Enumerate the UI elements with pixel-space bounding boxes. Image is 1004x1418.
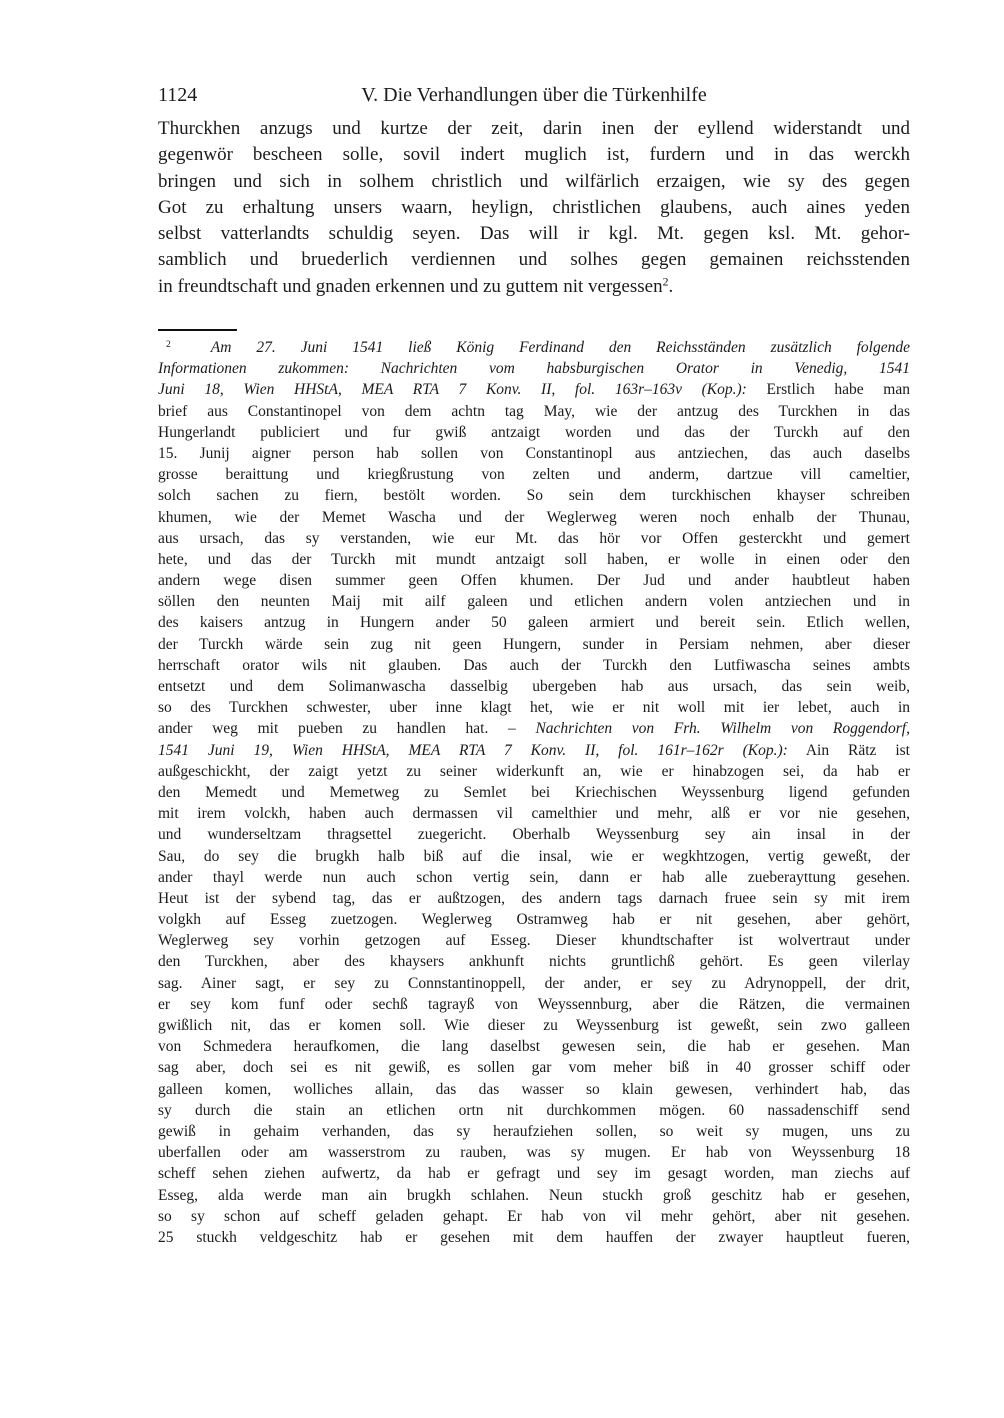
footnote-text-line: Heut ist der sybend tag, das er außtzoge… [158,888,910,909]
footnote-2: 2Am 27. Juni 1541 ließ König Ferdinand d… [158,337,910,1248]
footnote-separator [158,329,237,331]
footnote-text-line: söllen den neunten Maij mit ailf galeen … [158,591,910,612]
body-text-line: Thurckhen anzugs und kurtze der zeit, da… [158,116,910,142]
footnote-text-line: 2Am 27. Juni 1541 ließ König Ferdinand d… [158,337,910,358]
footnote-text-line: brief aus Constantinopel von dem achtn t… [158,401,910,422]
footnote-text-line: Sau, do sey die brugkh halb biß auf die … [158,846,910,867]
footnote-text-line: grosse beraittung und kriegßrustung von … [158,464,910,485]
body-text-line: selbst vatterlandts schuldig seyen. Das … [158,221,910,247]
footnote-text-line: Juni 18, Wien HHStA, MEA RTA 7 Konv. II,… [158,379,910,400]
footnote-text-line: uberfallen oder am wasserstrom zu rauben… [158,1142,910,1163]
footnote-text-line: so des Turckhen schwester, uber inne kla… [158,697,910,718]
footnote-text-line: andern wege disen summer geen Offen khum… [158,570,910,591]
footnote-text-line: ander thayl werde nun auch schon vertig … [158,867,910,888]
footnote-text-line: aus ursach, das sy verstanden, wie eur M… [158,528,910,549]
footnote-text-line: von Schmedera heraufkomen, die lang dase… [158,1036,910,1057]
footnote-text-line: den Turckhen, aber des khaysers ankhunft… [158,951,910,972]
footnote-text-line: gwißlich nit, das er komen soll. Wie die… [158,1015,910,1036]
footnote-text-line: hete, und das der Turckh mit mundt antza… [158,549,910,570]
footnote-text-line: herrschaft orator wils nit glauben. Das … [158,655,910,676]
footnote-text-line: mit irem volckh, haben auch dermassen vi… [158,803,910,824]
footnote-text-line: khumen, wie der Memet Wascha und der Weg… [158,507,910,528]
page-number: 1124 [158,82,197,108]
body-paragraph: Thurckhen anzugs und kurtze der zeit, da… [158,116,910,300]
book-page: 1124 V. Die Verhandlungen über die Türke… [0,0,1004,1418]
footnote-text-line: sag aber, doch sei es nit gewiß, es soll… [158,1057,910,1078]
footnote-text-line: und wunderseltzam thragsettel zuegericht… [158,824,910,845]
footnote-text-line: den Memedt und Memetweg zu Semlet bei Kr… [158,782,910,803]
body-text-line: Got zu erhaltung unsers waarn, heylign, … [158,195,910,221]
chapter-title: V. Die Verhandlungen über die Türkenhilf… [158,82,910,108]
body-text-line: gegenwör bescheen solle, sovil indert mu… [158,142,910,168]
footnote-text-line: so sy schon auf scheff geladen gehapt. E… [158,1206,910,1227]
footnote-text-line: galleen komen, wolliches allain, das das… [158,1079,910,1100]
footnote-text-line: ander weg mit pueben zu handlen hat. – N… [158,718,910,739]
body-text-line: samblich und bruederlich verdiennen und … [158,247,910,273]
body-text-line: bringen und sich in solhem christlich un… [158,169,910,195]
footnote-text-line: solch sachen zu fiern, bestölt worden. S… [158,485,910,506]
footnote-text-line: sy durch die stain an etlichen ortn nit … [158,1100,910,1121]
footnote-text-line: entsetzt und dem Solimanwascha dasselbig… [158,676,910,697]
footnote-text-line: 25 stuckh veldgeschitz hab er gesehen mi… [158,1227,910,1248]
footnote-text-line: Hungerlandt publiciert und fur gwiß antz… [158,422,910,443]
footnote-text-line: Informationen zukommen: Nachrichten vom … [158,358,910,379]
footnote-text-line: sag. Ainer sagt, er sey zu Connstantinop… [158,973,910,994]
footnote-text-line: gewiß in gehaim verhanden, das sy herauf… [158,1121,910,1142]
footnote-text-line: des kaisers antzug in Hungern ander 50 g… [158,612,910,633]
footnote-text-line: volgkh auf Esseg zuetzogen. Weglerweg Os… [158,909,910,930]
footnote-text-line: scheff sehen ziehen aufwertz, da hab er … [158,1163,910,1184]
page-header: 1124 V. Die Verhandlungen über die Türke… [158,82,910,108]
footnote-text-line: 1541 Juni 19, Wien HHStA, MEA RTA 7 Konv… [158,740,910,761]
footnote-text-line: er sey kom funf oder sechß tagrayß von W… [158,994,910,1015]
footnote-text-line: außgeschickht, der zaigt yetzt zu seiner… [158,761,910,782]
footnote-text-line: Weglerweg sey vorhin getzogen auf Esseg.… [158,930,910,951]
footnote-text-line: 15. Junij aigner person hab sollen von C… [158,443,910,464]
body-text-line: in freundtschaft und gnaden erkennen und… [158,274,910,300]
footnote-text-line: Esseg, alda werde man ain brugkh schlahe… [158,1185,910,1206]
footnote-text-line: der Turckh wärde sein zug nit geen Hunge… [158,634,910,655]
